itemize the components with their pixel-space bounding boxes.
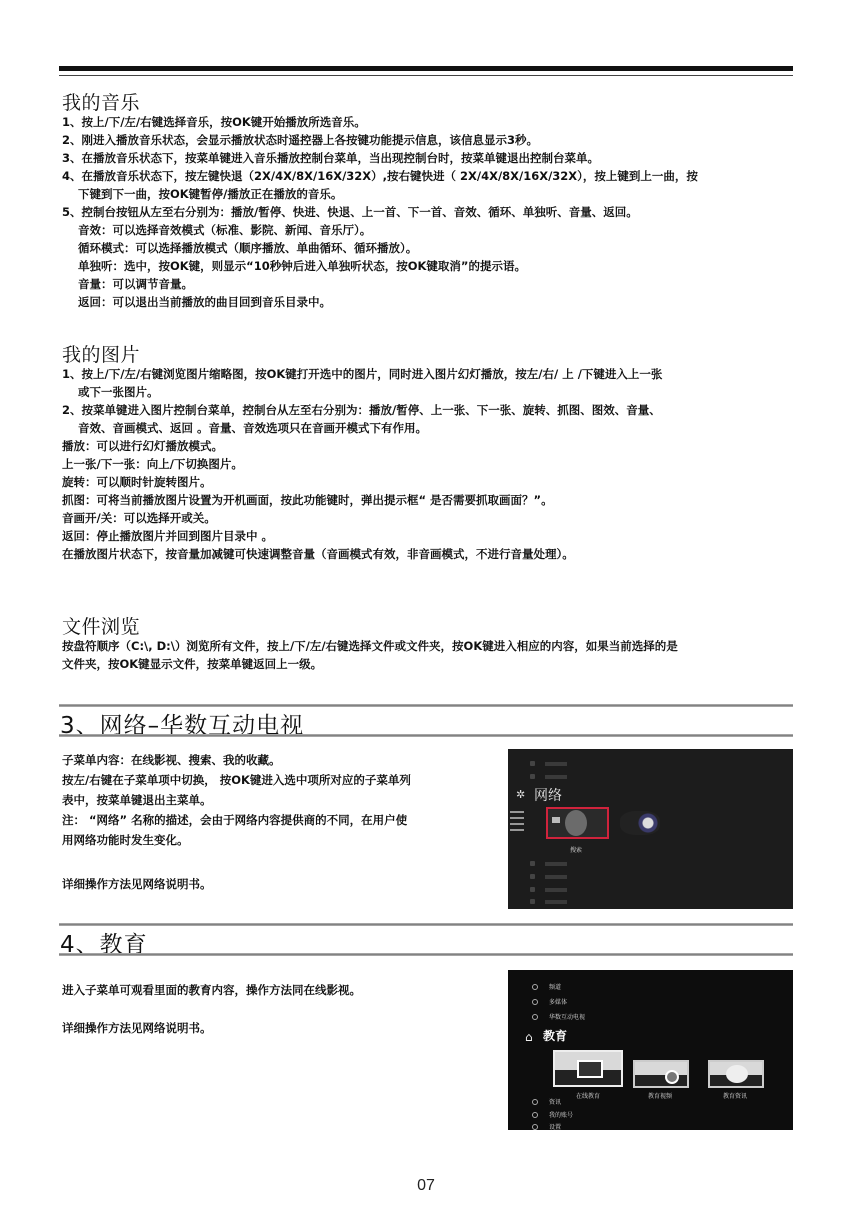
network-line: 表中，按菜单键退出主菜单。 bbox=[62, 790, 212, 810]
files-line: 文件夹，按OK键显示文件，按菜单键返回上一级。 bbox=[62, 656, 322, 672]
network-icon: ✲ bbox=[516, 788, 525, 801]
network-icon bbox=[532, 1014, 538, 1020]
education-line: 详细操作方法见网络说明书。 bbox=[62, 1018, 212, 1038]
account-icon bbox=[532, 1112, 538, 1118]
search-tile-selected bbox=[546, 807, 609, 839]
menu-title: 教育 bbox=[543, 1027, 567, 1044]
favorites-tile bbox=[620, 811, 660, 835]
section-title-music: 我的音乐 bbox=[62, 88, 140, 115]
pictures-line: 1、按上/下/左/右键浏览图片缩略图，按OK键打开选中的图片，同时进入图片幻灯播… bbox=[62, 366, 662, 382]
pictures-line: 音效、音画模式、返回 。音量、音效选项只在音画开模式下有作用。 bbox=[78, 420, 427, 436]
pictures-line: 音画开/关：可以选择开或关。 bbox=[62, 510, 216, 526]
music-line: 下键到下一曲，按OK键暂停/播放正在播放的音乐。 bbox=[78, 186, 342, 202]
menu-icon bbox=[530, 861, 535, 866]
network-line: 详细操作方法见网络说明书。 bbox=[62, 874, 212, 894]
media-icon bbox=[532, 999, 538, 1005]
search-icon bbox=[726, 1065, 748, 1083]
pictures-line: 播放：可以进行幻灯播放模式。 bbox=[62, 438, 223, 454]
pictures-line: 上一张/下一张：向上/下切换图片。 bbox=[62, 456, 243, 472]
card-label: 教育视频 bbox=[648, 1091, 672, 1100]
music-line: 单独听：选中，按OK键，则显示“10秒钟后进入单独听状态，按OK键取消”的提示语… bbox=[78, 258, 526, 274]
header-rule-thin bbox=[59, 75, 793, 76]
tile-label: 搜索 bbox=[570, 845, 582, 854]
menu-item-placeholder bbox=[530, 761, 570, 767]
menu-item-placeholder bbox=[530, 887, 570, 893]
film-reel-icon bbox=[665, 1070, 679, 1084]
education-line: 进入子菜单可观看里面的教育内容，操作方法同在线影视。 bbox=[62, 980, 361, 1000]
menu-title: 网络 bbox=[534, 785, 562, 805]
section-title-files: 文件浏览 bbox=[62, 612, 140, 639]
news-icon bbox=[532, 1099, 538, 1105]
pictures-line: 旋转：可以顺时针旋转图片。 bbox=[62, 474, 212, 490]
pictures-line: 在播放图片状态下，按音量加减键可快速调整音量（音画模式有效，非音画模式，不进行音… bbox=[62, 546, 574, 562]
music-line: 4、在播放音乐状态下，按左键快退（2X/4X/8X/16X/32X）,按右键快进… bbox=[62, 168, 698, 184]
pictures-line: 返回：停止播放图片并回到图片目录中 。 bbox=[62, 528, 273, 544]
section-title-pictures: 我的图片 bbox=[62, 340, 140, 367]
education-card bbox=[553, 1050, 623, 1087]
menu-item-placeholder bbox=[530, 874, 570, 880]
music-line: 5、控制台按钮从左至右分别为：播放/暂停、快进、快退、上一首、下一首、音效、循环… bbox=[62, 204, 638, 220]
music-line: 2、刚进入播放音乐状态，会显示播放状态时遥控器上各按键功能提示信息，该信息显示3… bbox=[62, 132, 538, 148]
tv-icon bbox=[577, 1060, 603, 1078]
card-label: 在线教育 bbox=[576, 1091, 600, 1100]
education-card bbox=[708, 1060, 764, 1088]
search-icon bbox=[565, 810, 587, 836]
network-line: 注： “网络” 名称的描述，会由于网络内容提供商的不同，在用户使 bbox=[62, 810, 407, 830]
network-menu-screenshot: ✲ 网络 搜索 bbox=[508, 749, 793, 909]
section-rule-bottom bbox=[59, 734, 793, 737]
channel-icon bbox=[532, 984, 538, 990]
music-line: 音效：可以选择音效模式（标准、影院、新闻、音乐厅）。 bbox=[78, 222, 371, 238]
education-menu-screenshot: 频道 多媒体 华数互动电视 ⌂ 教育 在线教育 教育视频 教育资讯 资讯 我的账… bbox=[508, 970, 793, 1130]
music-line: 3、在播放音乐状态下，按菜单键进入音乐播放控制台菜单，当出现控制台时，按菜单键退… bbox=[62, 150, 599, 166]
pictures-line: 2、按菜单键进入图片控制台菜单，控制台从左至右分别为：播放/暂停、上一张、下一张… bbox=[62, 402, 661, 418]
menu-item-placeholder bbox=[530, 774, 570, 780]
menu-icon bbox=[530, 899, 535, 904]
music-line: 1、按上/下/左/右键选择音乐，按OK键开始播放所选音乐。 bbox=[62, 114, 366, 130]
section-rule-top bbox=[59, 923, 793, 926]
menu-icon bbox=[530, 774, 535, 779]
menu-item-placeholder bbox=[530, 899, 570, 905]
music-line: 循环模式：可以选择播放模式（顺序播放、单曲循环、循环播放）。 bbox=[78, 240, 417, 256]
page-number: 07 bbox=[0, 1177, 852, 1195]
card-label: 教育资讯 bbox=[723, 1091, 747, 1100]
menu-item-placeholder bbox=[530, 861, 570, 867]
network-line: 用网络功能时发生变化。 bbox=[62, 830, 189, 850]
menu-icon bbox=[530, 887, 535, 892]
menu-icon bbox=[530, 874, 535, 879]
music-line: 音量：可以调节音量。 bbox=[78, 276, 193, 292]
side-icon bbox=[510, 811, 524, 831]
network-line: 按左/右键在子菜单项中切换， 按OK键进入选中项所对应的子菜单列 bbox=[62, 770, 411, 790]
header-rule-thick bbox=[59, 66, 793, 71]
files-line: 按盘符顺序（C:\, D:\）浏览所有文件，按上/下/左/右键选择文件或文件夹，… bbox=[62, 638, 678, 654]
menu-icon bbox=[530, 761, 535, 766]
music-line: 返回：可以退出当前播放的曲目回到音乐目录中。 bbox=[78, 294, 331, 310]
section-rule-bottom bbox=[59, 953, 793, 956]
education-card bbox=[633, 1060, 689, 1088]
pictures-line: 抓图：可将当前播放图片设置为开机画面，按此功能键时，弹出提示框“ 是否需要抓取画… bbox=[62, 492, 553, 508]
settings-icon bbox=[532, 1124, 538, 1130]
pictures-line: 或下一张图片。 bbox=[78, 384, 159, 400]
education-icon: ⌂ bbox=[525, 1030, 533, 1044]
network-line: 子菜单内容：在线影视、搜索、我的收藏。 bbox=[62, 750, 281, 770]
